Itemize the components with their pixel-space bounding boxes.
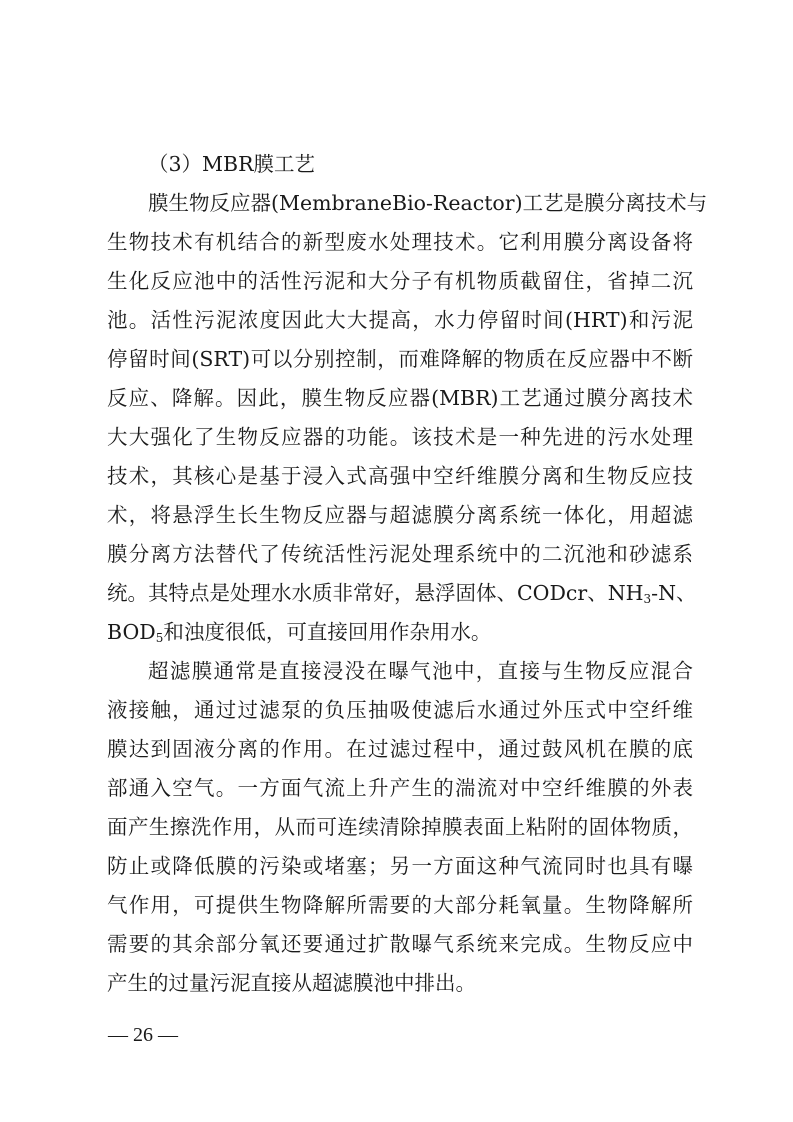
paragraph-line: 生物技术有机结合的新型废水处理技术。它利用膜分离设备将 xyxy=(107,223,693,262)
paragraph-line-with-subscript: 统。其特点是处理水水质非常好，悬浮固体、CODcr、NH3-N、 xyxy=(107,574,693,613)
paragraph-line-with-subscript: BOD5和浊度很低，可直接回用作杂用水。 xyxy=(107,613,693,652)
paragraph-line: 池。活性污泥浓度因此大大提高，水力停留时间(HRT)和污泥 xyxy=(107,301,693,340)
paragraph-line: 膜分离方法替代了传统活性污泥处理系统中的二沉池和砂滤系 xyxy=(107,535,693,574)
paragraph-line: 产生的过量污泥直接从超滤膜池中排出。 xyxy=(107,964,693,1003)
page-number: — 26 — xyxy=(108,1022,178,1048)
document-page: （3）MBR膜工艺 膜生物反应器(MembraneBio-Reactor)工艺是… xyxy=(107,145,693,1003)
text-segment: -N、 xyxy=(651,581,696,605)
paragraph-line: 技术，其核心是基于浸入式高强中空纤维膜分离和生物反应技 xyxy=(107,457,693,496)
text-segment: BOD xyxy=(107,620,156,644)
paragraph-line: 面产生擦洗作用，从而可连续清除掉膜表面上粘附的固体物质， xyxy=(107,808,693,847)
paragraph-ultrafiltration: 超滤膜通常是直接浸没在曝气池中，直接与生物反应混合 液接触，通过过滤泵的负压抽吸… xyxy=(107,652,693,1003)
paragraph-line: 生化反应池中的活性污泥和大分子有机物质截留住，省掉二沉 xyxy=(107,262,693,301)
text-segment: 统。其特点是处理水水质非常好，悬浮固体、CODcr、NH xyxy=(107,581,644,605)
paragraph-line: 防止或降低膜的污染或堵塞；另一方面这种气流同时也具有曝 xyxy=(107,847,693,886)
paragraph-mbr-overview: 膜生物反应器(MembraneBio-Reactor)工艺是膜分离技术与 生物技… xyxy=(107,184,693,652)
paragraph-line: 需要的其余部分氧还要通过扩散曝气系统来完成。生物反应中 xyxy=(107,925,693,964)
paragraph-line: 气作用，可提供生物降解所需要的大部分耗氧量。生物降解所 xyxy=(107,886,693,925)
paragraph-line: 超滤膜通常是直接浸没在曝气池中，直接与生物反应混合 xyxy=(107,652,693,691)
paragraph-line: 部通入空气。一方面气流上升产生的湍流对中空纤维膜的外表 xyxy=(107,769,693,808)
paragraph-line: 液接触，通过过滤泵的负压抽吸使滤后水通过外压式中空纤维 xyxy=(107,691,693,730)
section-heading: （3）MBR膜工艺 xyxy=(107,145,693,184)
paragraph-line: 反应、降解。因此，膜生物反应器(MBR)工艺通过膜分离技术 xyxy=(107,379,693,418)
paragraph-line: 术，将悬浮生长生物反应器与超滤膜分离系统一体化，用超滤 xyxy=(107,496,693,535)
paragraph-line: 膜达到固液分离的作用。在过滤过程中，通过鼓风机在膜的底 xyxy=(107,730,693,769)
paragraph-line: 停留时间(SRT)可以分别控制，而难降解的物质在反应器中不断 xyxy=(107,340,693,379)
paragraph-line: 大大强化了生物反应器的功能。该技术是一种先进的污水处理 xyxy=(107,418,693,457)
paragraph-line: 膜生物反应器(MembraneBio-Reactor)工艺是膜分离技术与 xyxy=(107,184,693,223)
text-segment: 和浊度很低，可直接回用作杂用水。 xyxy=(163,620,491,644)
